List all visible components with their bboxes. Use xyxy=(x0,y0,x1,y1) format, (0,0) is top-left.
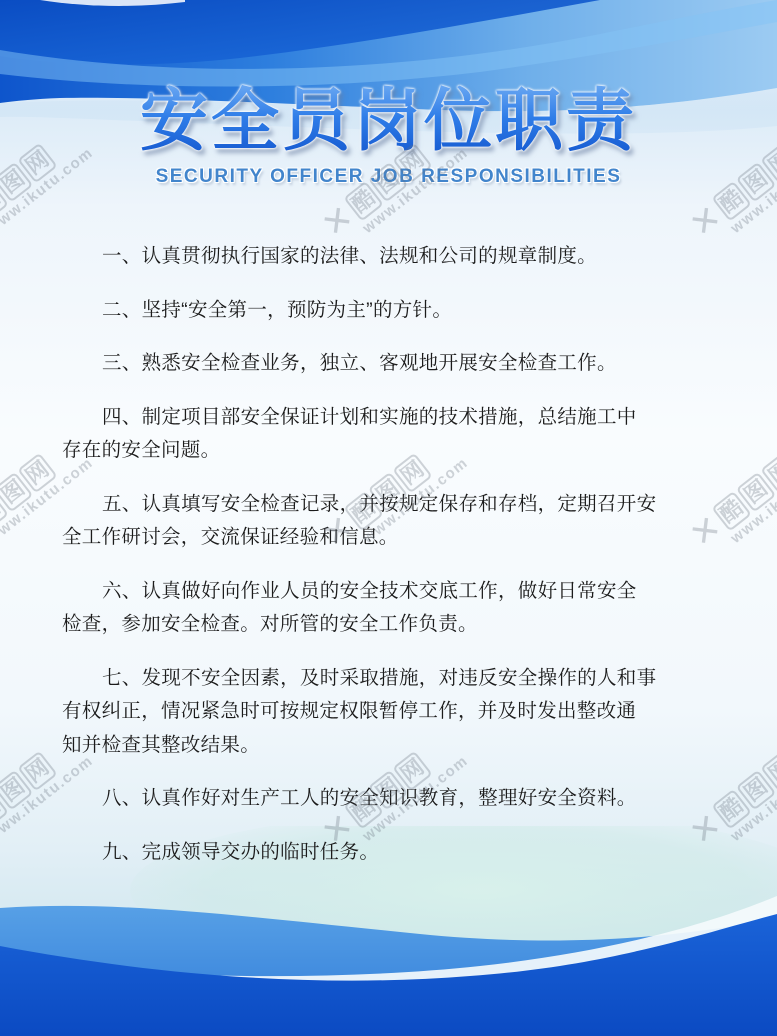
duty-item: 四、制定项目部安全保证计划和实施的技术措施，总结施工中 存在的安全问题。 xyxy=(62,401,719,468)
duty-item: 八、认真作好对生产工人的安全知识教育，整理好安全资料。 xyxy=(62,782,719,816)
duty-item: 六、认真做好向作业人员的安全技术交底工作，做好日常安全 检查，参加安全检查。对所… xyxy=(62,575,719,642)
duty-item: 一、认真贯彻执行国家的法律、法规和公司的规章制度。 xyxy=(62,240,719,274)
watermark-char: 图 xyxy=(736,472,777,513)
watermark-char: 图 xyxy=(736,770,777,811)
page-subtitle: SECURITY OFFICER JOB RESPONSIBILITIES xyxy=(0,166,777,188)
watermark-char: 网 xyxy=(17,453,58,494)
poster-header: 安全员岗位职责 SECURITY OFFICER JOB RESPONSIBIL… xyxy=(0,84,777,188)
page-title: 安全员岗位职责 xyxy=(140,84,637,159)
duty-item: 二、坚持“安全第一，预防为主”的方针。 xyxy=(62,294,719,328)
watermark-char: 图 xyxy=(0,472,33,513)
watermark-char: 图 xyxy=(0,770,33,811)
watermark-char: 酷 xyxy=(0,491,9,532)
duty-item: 九、完成领导交办的临时任务。 xyxy=(62,836,719,870)
duties-list: 一、认真贯彻执行国家的法律、法规和公司的规章制度。二、坚持“安全第一，预防为主”… xyxy=(62,240,719,889)
duty-item: 五、认真填写安全检查记录，并按规定保存和存档，定期召开安 全工作研讨会，交流保证… xyxy=(62,488,719,555)
duty-item: 三、熟悉安全检查业务，独立、客观地开展安全检查工作。 xyxy=(62,347,719,381)
watermark-char: 酷 xyxy=(0,789,9,830)
watermark-char: 网 xyxy=(760,453,777,494)
watermark-char: 网 xyxy=(760,751,777,792)
watermark-char: 网 xyxy=(17,751,58,792)
safety-poster: 安全员岗位职责 SECURITY OFFICER JOB RESPONSIBIL… xyxy=(0,0,777,1036)
duty-item: 七、发现不安全因素，及时采取措施，对违反安全操作的人和事 有权纠正，情况紧急时可… xyxy=(62,662,719,763)
